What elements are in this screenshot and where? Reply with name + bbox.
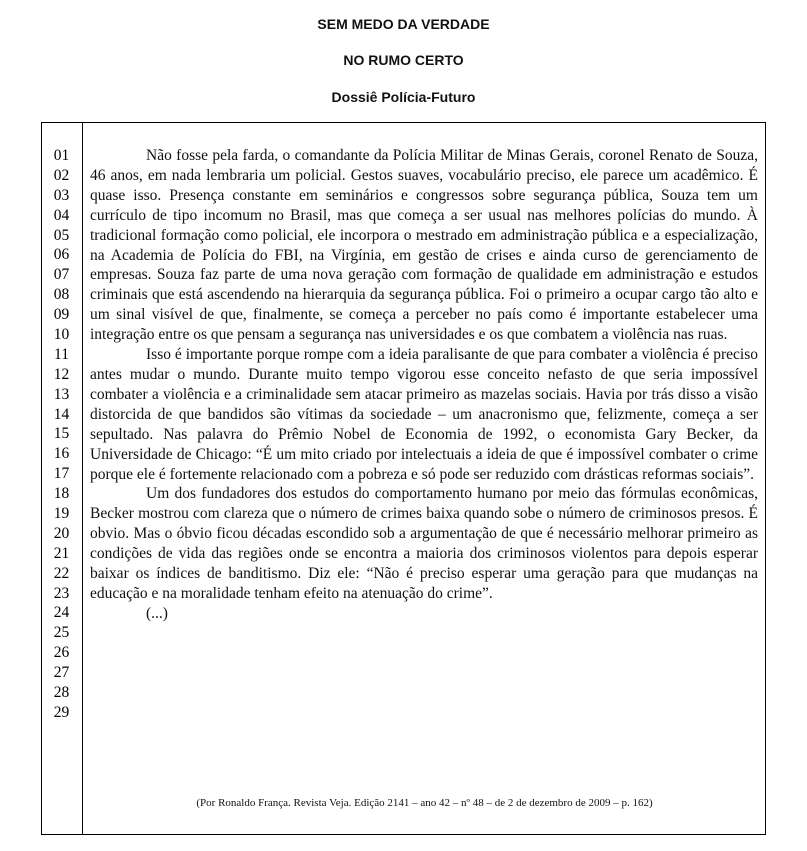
document-title: SEM MEDO DA VERDADE (0, 16, 807, 32)
document-section: Dossiê Polícia-Futuro (0, 89, 807, 105)
line-number: 24 (41, 603, 82, 623)
line-number: 22 (41, 564, 82, 584)
line-number: 23 (41, 584, 82, 604)
line-number: 02 (41, 166, 82, 186)
line-number: 01 (41, 146, 82, 166)
source-citation: (Por Ronaldo França. Revista Veja. Ediçã… (83, 797, 766, 809)
paragraph-3: Um dos fundadores dos estudos do comport… (90, 484, 758, 603)
line-number: 25 (41, 623, 82, 643)
line-number: 27 (41, 663, 82, 683)
line-number: 15 (41, 424, 82, 444)
paragraph-2: Isso é importante porque rompe com a ide… (90, 345, 758, 484)
ellipsis: (...) (90, 604, 758, 624)
line-number: 04 (41, 206, 82, 226)
line-number: 20 (41, 524, 82, 544)
line-number: 28 (41, 683, 82, 703)
line-number: 13 (41, 385, 82, 405)
article-body: Não fosse pela farda, o comandante da Po… (90, 146, 758, 624)
line-number: 14 (41, 405, 82, 425)
line-number: 03 (41, 186, 82, 206)
line-number: 19 (41, 504, 82, 524)
line-number: 12 (41, 365, 82, 385)
line-number: 10 (41, 325, 82, 345)
document-subtitle: NO RUMO CERTO (0, 52, 807, 68)
line-number: 07 (41, 265, 82, 285)
paragraph-1: Não fosse pela farda, o comandante da Po… (90, 146, 758, 345)
line-number: 18 (41, 484, 82, 504)
line-number: 16 (41, 444, 82, 464)
line-number: 06 (41, 245, 82, 265)
line-number-divider (82, 122, 83, 835)
line-numbers-column: 01 02 03 04 05 06 07 08 09 10 11 12 13 1… (41, 146, 82, 723)
line-number: 17 (41, 464, 82, 484)
line-number: 26 (41, 643, 82, 663)
line-number: 29 (41, 703, 82, 723)
line-number: 09 (41, 305, 82, 325)
line-number: 21 (41, 544, 82, 564)
line-number: 11 (41, 345, 82, 365)
line-number: 08 (41, 285, 82, 305)
line-number: 05 (41, 226, 82, 246)
